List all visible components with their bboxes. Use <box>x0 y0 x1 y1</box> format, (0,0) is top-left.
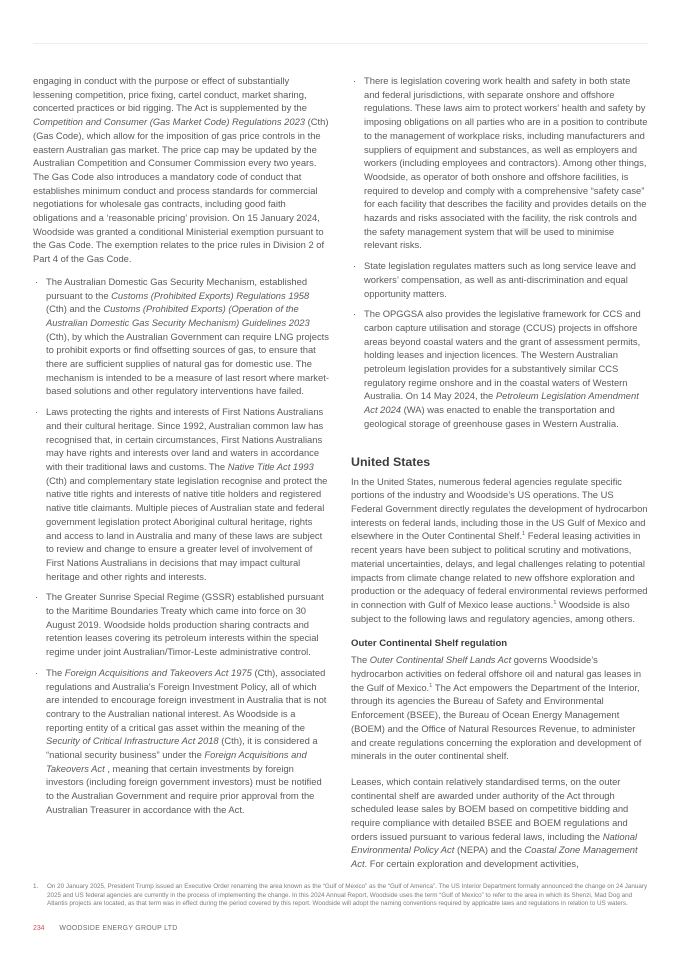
footnote-text: On 20 January 2025, President Trump issu… <box>47 883 649 909</box>
ocs-paragraph: Leases, which contain relatively standar… <box>351 775 648 871</box>
footnote: 1. On 20 January 2025, President Trump i… <box>33 883 649 909</box>
bullet-text: There is legislation covering work healt… <box>364 75 648 250</box>
top-rule-divider <box>33 43 648 44</box>
bullet-item: · The Greater Sunrise Special Regime (GS… <box>33 590 330 659</box>
page-number: 234 <box>33 925 45 932</box>
bullet-text: The Greater Sunrise Special Regime (GSSR… <box>46 591 324 657</box>
report-page: engaging in conduct with the purpose or … <box>0 0 679 960</box>
bullet-marker: · <box>35 405 38 419</box>
united-states-paragraph: In the United States, numerous federal a… <box>351 475 648 626</box>
bullet-item: · There is legislation covering work hea… <box>351 74 648 252</box>
ocs-paragraph: The Outer Continental Shelf Lands Act go… <box>351 653 648 763</box>
bullet-text: The OPGGSA also provides the legislative… <box>364 308 641 429</box>
bullet-marker: · <box>353 74 356 88</box>
bullet-marker: · <box>35 590 38 604</box>
section-heading-united-states: United States <box>351 455 648 469</box>
bullet-item: · The Australian Domestic Gas Security M… <box>33 275 330 398</box>
bullet-marker: · <box>35 275 38 289</box>
right-column: · There is legislation covering work hea… <box>351 74 648 883</box>
bullet-text: Laws protecting the rights and interests… <box>46 406 327 581</box>
left-column: engaging in conduct with the purpose or … <box>33 74 330 883</box>
left-bullet-list: · The Australian Domestic Gas Security M… <box>33 275 330 817</box>
content-columns: engaging in conduct with the purpose or … <box>33 74 648 883</box>
bullet-item: · State legislation regulates matters su… <box>351 259 648 300</box>
subsection-heading-outer-continental-shelf: Outer Continental Shelf regulation <box>351 638 648 650</box>
company-name: WOODSIDE ENERGY GROUP LTD <box>59 925 177 932</box>
bullet-marker: · <box>35 666 38 680</box>
page-footer: 234 WOODSIDE ENERGY GROUP LTD <box>33 924 178 933</box>
intro-paragraph: engaging in conduct with the purpose or … <box>33 74 330 266</box>
bullet-text: The Foreign Acquisitions and Takeovers A… <box>46 667 326 815</box>
bullet-item: · The Foreign Acquisitions and Takeovers… <box>33 666 330 817</box>
bullet-marker: · <box>353 307 356 321</box>
right-bullet-list: · There is legislation covering work hea… <box>351 74 648 431</box>
bullet-text: State legislation regulates matters such… <box>364 260 636 298</box>
bullet-text: The Australian Domestic Gas Security Mec… <box>46 276 329 397</box>
bullet-item: · Laws protecting the rights and interes… <box>33 405 330 583</box>
bullet-marker: · <box>353 259 356 273</box>
bullet-item: · The OPGGSA also provides the legislati… <box>351 307 648 430</box>
footnote-marker: 1. <box>33 883 47 909</box>
